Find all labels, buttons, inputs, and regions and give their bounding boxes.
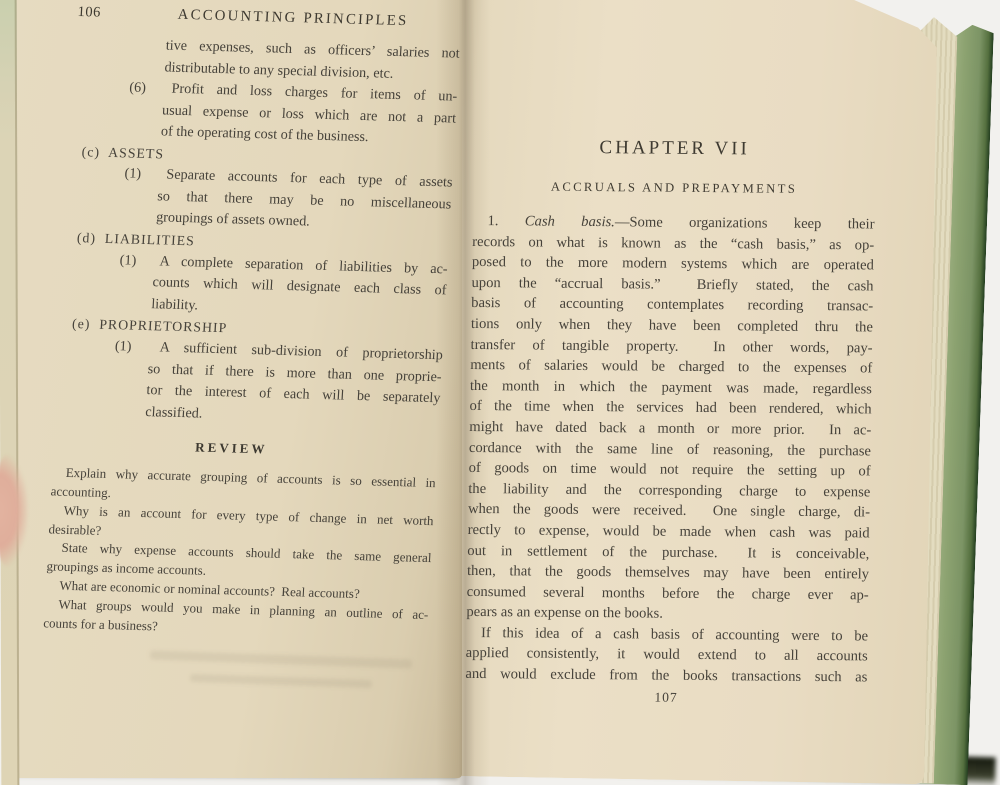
text-line: rectly to expense, would be made when ca… (468, 520, 870, 544)
chapter-heading: CHAPTER VII (474, 136, 876, 162)
right-page-content: CHAPTER VII ACCRUALS AND PREPAYMENTS 1. … (465, 0, 878, 707)
page-edge-stack-left (0, 0, 19, 785)
left-page-body: tive expenses, such as officers’ salarie… (55, 33, 461, 431)
text-line: 1. Cash basis.—Some organizations keep t… (472, 211, 874, 235)
text-line: tions only when they have been completed… (471, 314, 873, 338)
left-page-number: 106 (77, 4, 101, 22)
text-line: might have dated back a month or more pr… (469, 417, 871, 441)
review-questions: Explain why accurate grouping of account… (43, 464, 436, 644)
chapter-subheading: ACCRUALS AND PREPAYMENTS (473, 179, 875, 198)
review-heading: REVIEW (39, 435, 424, 462)
text-line: and would exclude from the books transac… (465, 664, 867, 688)
right-page-body: 1. Cash basis.—Some organizations keep t… (465, 211, 874, 688)
left-page-content: 106 ACCOUNTING PRINCIPLES tive expenses,… (43, 4, 462, 643)
